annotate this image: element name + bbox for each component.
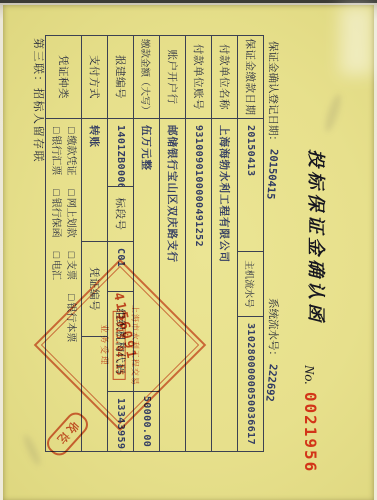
confirm-register-date-value: 20150415 [264,148,279,199]
page-title: 投标保证金确认函 [304,147,330,327]
scanned-form-paper: 投标保证金确认函 No. 0021956 保证金确认登记日期： 20150415… [3,5,374,500]
bank-value: 邮储银行宝山区双庆路支行 [160,118,185,451]
checkbox-icon: □ [51,252,62,258]
payer-account-value: 9310090100000491252 [186,118,211,451]
pay-method-label: 支付方式 [82,36,107,118]
voucher-type-label: 凭证种类 [46,36,81,118]
table-row-payer-account: 付款单位账号 9310090100000491252 [186,36,212,451]
checkbox-label: 缴款凭证 [66,135,77,175]
checkbox-icon: □ [66,294,77,300]
pencil-smudge [322,92,344,133]
checkbox-icon: □ [66,127,77,133]
checkbox-icon: □ [51,127,62,133]
checkbox-icon: □ [66,252,77,258]
checkbox-online-transfer: □网上划款 [64,189,79,237]
project-no-label: 报建编号 [108,36,133,118]
section-no-label: 标段号 [108,186,133,241]
checkbox-bank-guarantee: □银行保函 [49,189,64,237]
stamp-purpose-text: 业务受理 [99,305,111,386]
checkbox-icon: □ [51,189,62,195]
checkbox-icon: □ [66,189,77,195]
checkbox-label: 支票 [66,260,77,280]
pencil-smudge [21,433,43,467]
pay-method-value: 转账 [82,118,107,241]
checkbox-label: 银行保函 [51,198,62,238]
checkbox-bank-draft: □银行汇票 [49,127,64,175]
system-serial-line: 系统流水号： 222692 [266,298,281,402]
confirm-register-date-label: 保证金确认登记日期： [267,41,278,146]
checkbox-payment-voucher: □缴款凭证 [64,127,79,175]
checkbox-label: 银行汇票 [51,135,62,175]
system-serial-value: 222692 [263,363,279,402]
voucher-type-line2: □银行汇票 □银行保函 □电汇 [49,127,64,280]
table-row-deposit-date: 保证金缴款日期 20150413 主机流水号 31028000000500366… [238,36,263,451]
payer-name-value: 上海海勃水利工程有限公司 [212,118,237,451]
host-serial-label: 主机流水号 [238,251,263,316]
confirm-register-date-line: 保证金确认登记日期： 20150415 [266,41,281,199]
deposit-date-label: 保证金缴款日期 [238,36,263,118]
serial-no-value: 0021956 [301,392,320,473]
project-no-value: 1401ZB0006 [108,118,133,186]
checkbox-label: 电汇 [51,260,62,280]
host-serial-value: 3102800000050036617 [238,316,263,451]
amount-words-label: 缴款金额（大写） [134,36,159,118]
voucher-type-options: □缴款凭证 □网上划款 □支票 □银行本票 □银行汇票 □银行保函 □电汇 [46,118,81,451]
table-row-payer-name: 付款单位名称 上海海勃水利工程有限公司 [212,36,238,451]
bank-label: 账户开户行 [160,36,185,118]
checkbox-wire-transfer: □电汇 [49,252,64,280]
checkbox-cheque: □支票 [64,252,79,280]
payer-name-label: 付款单位名称 [212,36,237,118]
checkbox-label: 网上划款 [66,198,77,238]
scan-light-artifact [340,5,374,75]
table-row-bank: 账户开户行 邮储银行宝山区双庆路支行 [160,36,186,451]
payer-account-label: 付款单位账号 [186,36,211,118]
document-serial-number: No. 0021956 [300,365,320,473]
serial-no-label: No. [301,365,316,385]
deposit-date-value: 20150413 [238,118,263,251]
copy-note: 第三联：招标人留存联 [31,38,47,163]
system-serial-label: 系统流水号： [267,298,278,361]
